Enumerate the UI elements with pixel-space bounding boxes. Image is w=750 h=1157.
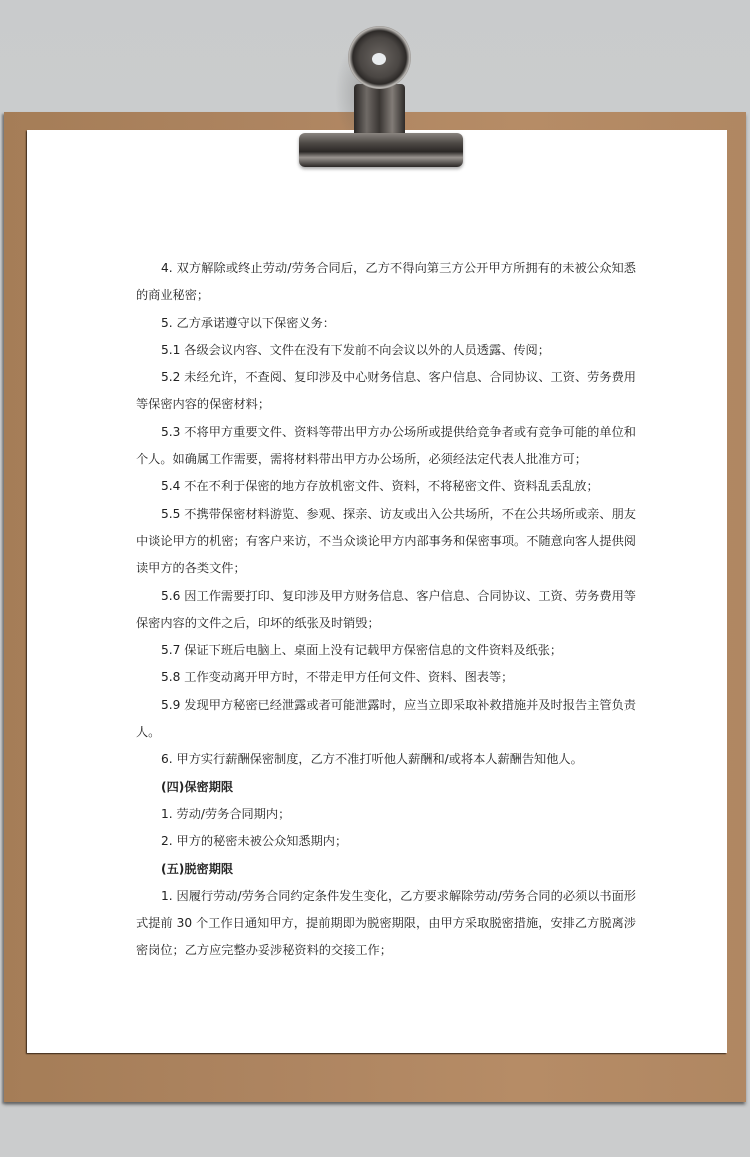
- paragraph-5-7: 5.7 保证下班后电脑上、桌面上没有记载甲方保密信息的文件资料及纸张；: [136, 637, 636, 664]
- period-item-2: 2. 甲方的秘密未被公众知悉期内；: [136, 828, 636, 855]
- paragraph-4: 4. 双方解除或终止劳动/劳务合同后，乙方不得向第三方公开甲方所拥有的未被公众知…: [136, 255, 636, 310]
- section-heading-confidentiality-period: (四)保密期限: [136, 774, 636, 801]
- paragraph-5-8: 5.8 工作变动离开甲方时，不带走甲方任何文件、资料、图表等；: [136, 664, 636, 691]
- paragraph-5-2: 5.2 未经允许，不查阅、复印涉及中心财务信息、客户信息、合同协议、工资、劳务费…: [136, 364, 636, 419]
- document-body: 4. 双方解除或终止劳动/劳务合同后，乙方不得向第三方公开甲方所拥有的未被公众知…: [136, 255, 636, 965]
- paragraph-5-6: 5.6 因工作需要打印、复印涉及甲方财务信息、客户信息、合同协议、工资、劳务费用…: [136, 583, 636, 638]
- binder-clip-hole: [372, 53, 386, 65]
- binder-clip-base: [299, 133, 463, 167]
- declassification-item-1: 1. 因履行劳动/劳务合同约定条件发生变化，乙方要求解除劳动/劳务合同的必须以书…: [136, 883, 636, 965]
- section-heading-declassification-period: (五)脱密期限: [136, 856, 636, 883]
- paragraph-6: 6. 甲方实行薪酬保密制度，乙方不准打听他人薪酬和/或将本人薪酬告知他人。: [136, 746, 636, 773]
- paragraph-5-4: 5.4 不在不利于保密的地方存放机密文件、资料，不将秘密文件、资料乱丢乱放；: [136, 473, 636, 500]
- paragraph-5-3: 5.3 不将甲方重要文件、资料等带出甲方办公场所或提供给竞争者或有竞争可能的单位…: [136, 419, 636, 474]
- paragraph-5: 5. 乙方承诺遵守以下保密义务：: [136, 310, 636, 337]
- paragraph-5-1: 5.1 各级会议内容、文件在没有下发前不向会议以外的人员透露、传阅；: [136, 337, 636, 364]
- paragraph-5-9: 5.9 发现甲方秘密已经泄露或者可能泄露时，应当立即采取补救措施并及时报告主管负…: [136, 692, 636, 747]
- period-item-1: 1. 劳动/劳务合同期内；: [136, 801, 636, 828]
- binder-clip-neck: [354, 84, 405, 139]
- paragraph-5-5: 5.5 不携带保密材料游览、参观、探亲、访友或出入公共场所，不在公共场所或亲、朋…: [136, 501, 636, 583]
